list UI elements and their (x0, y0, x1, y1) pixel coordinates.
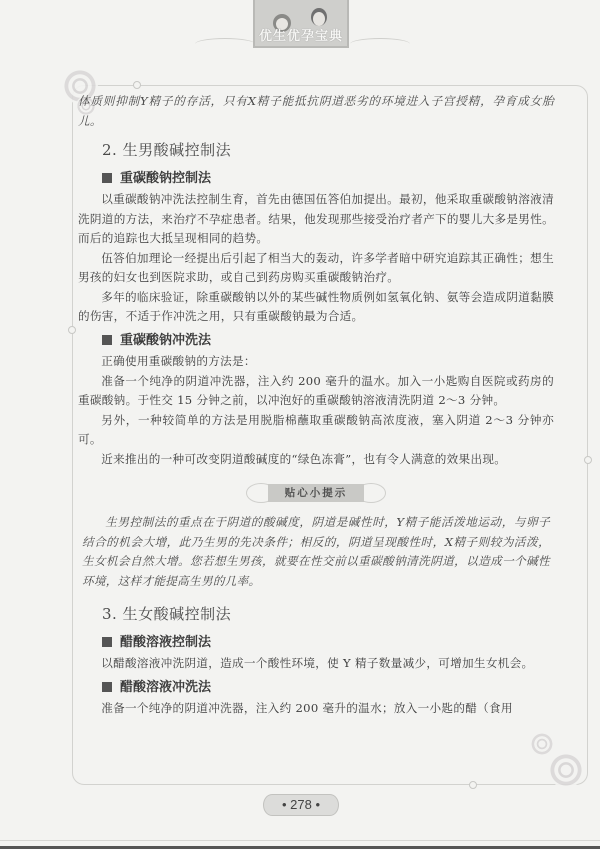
subsection-heading: 醋酸溶液控制法 (102, 633, 554, 653)
frame-knob-ornament (68, 326, 76, 334)
page-content: 体质则抑制Y精子的存活，只有X精子能抵抗阴道恶劣的环境进入子宫授精，孕育成女胎儿… (78, 92, 554, 719)
frame-knob-ornament (133, 81, 141, 89)
book-title: 优生优孕宝典 (255, 25, 347, 44)
paragraph: 正确使用重碳酸钠的方法是： (78, 352, 554, 372)
paragraph: 准备一个纯净的阴道冲洗器，注入约 200 毫升的温水。加入一小匙购自医院或药房的… (78, 372, 554, 411)
paragraph: 以重碳酸钠冲洗法控制生育，首先由德国伍答伯加提出。最初，他采取重碳酸钠溶液清洗阴… (78, 190, 554, 249)
paragraph: 另外，一种较简单的方法是用脱脂棉蘸取重碳酸钠高浓度液，塞入阴道 2～3 分钟亦可… (78, 411, 554, 450)
man-face-icon (313, 12, 325, 26)
tips-banner: 贴心小提示 (246, 483, 386, 503)
square-bullet-icon (102, 173, 112, 183)
square-bullet-icon (102, 335, 112, 345)
subsection-title: 醋酸溶液冲洗法 (120, 678, 211, 698)
bottom-rule (0, 840, 600, 841)
page-number: • 278 • (263, 794, 339, 816)
paragraph: 近来推出的一种可改变阴道酸碱度的“绿色冻膏”，也有令人满意的效果出现。 (78, 450, 554, 470)
subsection-heading: 醋酸溶液冲洗法 (102, 678, 554, 698)
header-swirl-right-ornament (350, 38, 410, 50)
flower-ornament-icon (548, 752, 584, 788)
paragraph: 多年的临床验证，除重碳酸钠以外的某些碱性物质例如氢氧化钠、氨等会造成阴道黏膜的伤… (78, 288, 554, 327)
tips-body: 生男控制法的重点在于阴道的酸碱度，阴道是碱性时，Y精子能活泼地运动，与卵子结合的… (78, 513, 554, 591)
flower-ornament-icon (530, 732, 554, 756)
frame-knob-ornament (584, 456, 592, 464)
square-bullet-icon (102, 637, 112, 647)
header-swirl-left-ornament (195, 38, 255, 50)
subsection-heading: 重碳酸钠冲洗法 (102, 331, 554, 351)
paragraph: 伍答伯加理论一经提出后引起了相当大的轰动，许多学者暗中研究追踪其正确性；想生男孩… (78, 249, 554, 288)
paragraph: 以醋酸溶液冲洗阴道，造成一个酸性环境，使 Y 精子数量减少，可增加生女机会。 (78, 654, 554, 674)
section-3-heading: 3. 生女酸碱控制法 (102, 605, 554, 625)
subsection-title: 重碳酸钠控制法 (120, 169, 211, 189)
tips-label: 贴心小提示 (268, 484, 364, 502)
section-2-heading: 2. 生男酸碱控制法 (102, 141, 554, 161)
intro-paragraph: 体质则抑制Y精子的存活，只有X精子能抵抗阴道恶劣的环境进入子宫授精，孕育成女胎儿… (78, 92, 554, 131)
subsection-heading: 重碳酸钠控制法 (102, 169, 554, 189)
square-bullet-icon (102, 682, 112, 692)
frame-knob-ornament (469, 781, 477, 789)
paragraph: 准备一个纯净的阴道冲洗器，注入约 200 毫升的温水；放入一小匙的醋（食用 (78, 699, 554, 719)
subsection-title: 醋酸溶液控制法 (120, 633, 211, 653)
header-badge: 优生优孕宝典 (253, 0, 349, 48)
subsection-title: 重碳酸钠冲洗法 (120, 331, 211, 351)
